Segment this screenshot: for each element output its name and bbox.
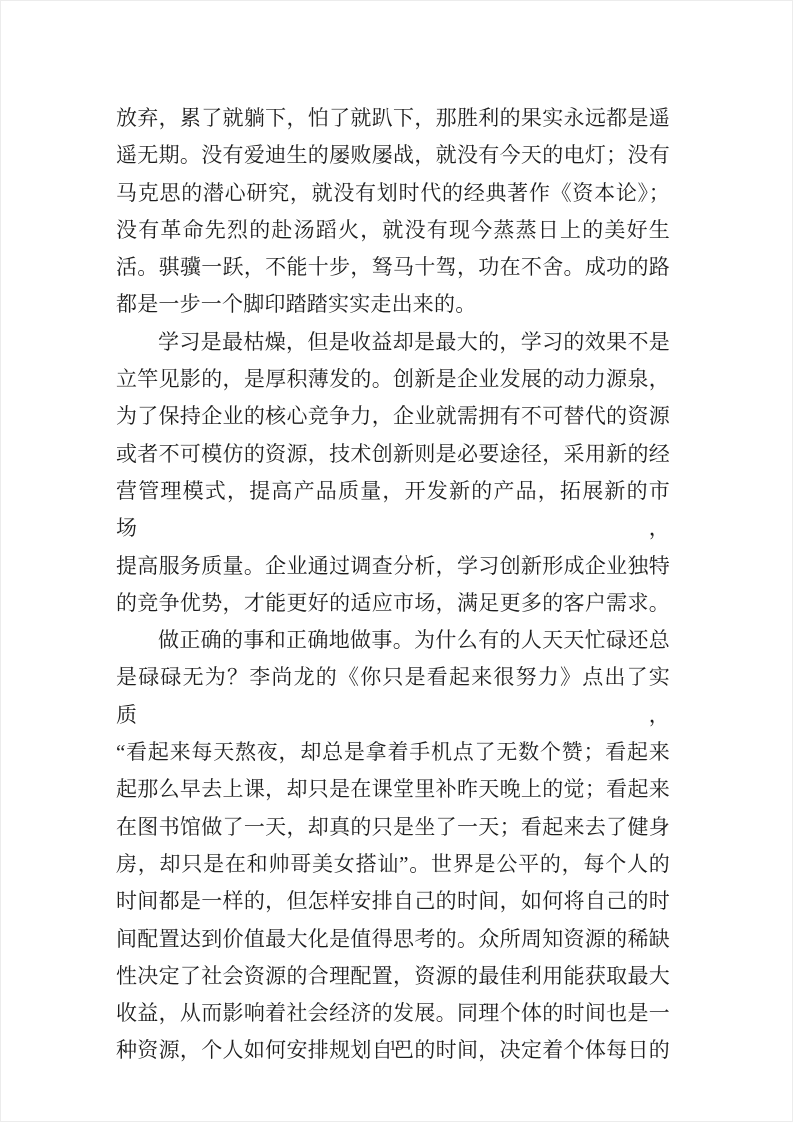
para-1-line-3: 马克思的潜心研究，就没有划时代的经典著作《资本论》；: [116, 175, 670, 212]
para-2-line-6: 提高服务质量。企业通过调查分析，学习创新形成企业独特: [116, 548, 670, 585]
para-2-line-2: 立竿见影的，是厚积薄发的。创新是企业发展的动力源泉，: [116, 361, 670, 398]
para-3-line-2: 是碌碌无为？李尚龙的《你只是看起来很努力》点出了实质，: [116, 659, 670, 734]
para-3-line-3: “看起来每天熬夜，却总是拿着手机点了无数个赞；看起来: [116, 734, 670, 771]
para-3-line-9: 性决定了社会资源的合理配置，资源的最佳利用能获取最大: [116, 958, 670, 995]
document-page: 放弃，累了就躺下，怕了就趴下，那胜利的果实永远都是遥 遥无期。没有爱迪生的屡败屡…: [0, 0, 793, 1122]
page-number: 19: [0, 1036, 793, 1056]
para-3-line-6: 房，却只是在和帅哥美女搭讪”。世界是公平的，每个人的: [116, 846, 670, 883]
para-3-line-10: 收益，从而影响着社会经济的发展。同理个体的时间也是一: [116, 995, 670, 1032]
para-1-line-5: 活。骐骥一跃，不能十步，驽马十驾，功在不舍。成功的路: [116, 249, 670, 286]
para-2-line-3: 为了保持企业的核心竞争力，企业就需拥有不可替代的资源: [116, 398, 670, 435]
para-2-line-4: 或者不可模仿的资源，技术创新则是必要途径，采用新的经: [116, 436, 670, 473]
para-1-line-1: 放弃，累了就躺下，怕了就趴下，那胜利的果实永远都是遥: [116, 100, 670, 137]
para-2-line-7: 的竞争优势，才能更好的适应市场，满足更多的客户需求。: [116, 585, 670, 622]
para-2-line-5: 营管理模式，提高产品质量，开发新的产品，拓展新的市场，: [116, 473, 670, 548]
body-text: 放弃，累了就躺下，怕了就趴下，那胜利的果实永远都是遥 遥无期。没有爱迪生的屡败屡…: [116, 100, 670, 1070]
para-2-line-1: 学习是最枯燥，但是收益却是最大的，学习的效果不是: [116, 324, 670, 361]
para-3-line-4: 起那么早去上课，却只是在课堂里补昨天晚上的觉；看起来: [116, 771, 670, 808]
para-3-line-8: 间配置达到价值最大化是值得思考的。众所周知资源的稀缺: [116, 921, 670, 958]
para-3-line-1: 做正确的事和正确地做事。为什么有的人天天忙碌还总: [116, 622, 670, 659]
para-1-line-2: 遥无期。没有爱迪生的屡败屡战，就没有今天的电灯；没有: [116, 137, 670, 174]
para-1-line-4: 没有革命先烈的赴汤蹈火，就没有现今蒸蒸日上的美好生: [116, 212, 670, 249]
para-3-line-5: 在图书馆做了一天，却真的只是坐了一天；看起来去了健身: [116, 809, 670, 846]
paragraph-1: 放弃，累了就躺下，怕了就趴下，那胜利的果实永远都是遥 遥无期。没有爱迪生的屡败屡…: [116, 100, 670, 324]
paragraph-3: 做正确的事和正确地做事。为什么有的人天天忙碌还总 是碌碌无为？李尚龙的《你只是看…: [116, 622, 670, 1070]
para-3-line-7: 时间都是一样的，但怎样安排自己的时间，如何将自己的时: [116, 883, 670, 920]
para-1-line-6: 都是一步一个脚印踏踏实实走出来的。: [116, 286, 670, 323]
paragraph-2: 学习是最枯燥，但是收益却是最大的，学习的效果不是 立竿见影的，是厚积薄发的。创新…: [116, 324, 670, 622]
